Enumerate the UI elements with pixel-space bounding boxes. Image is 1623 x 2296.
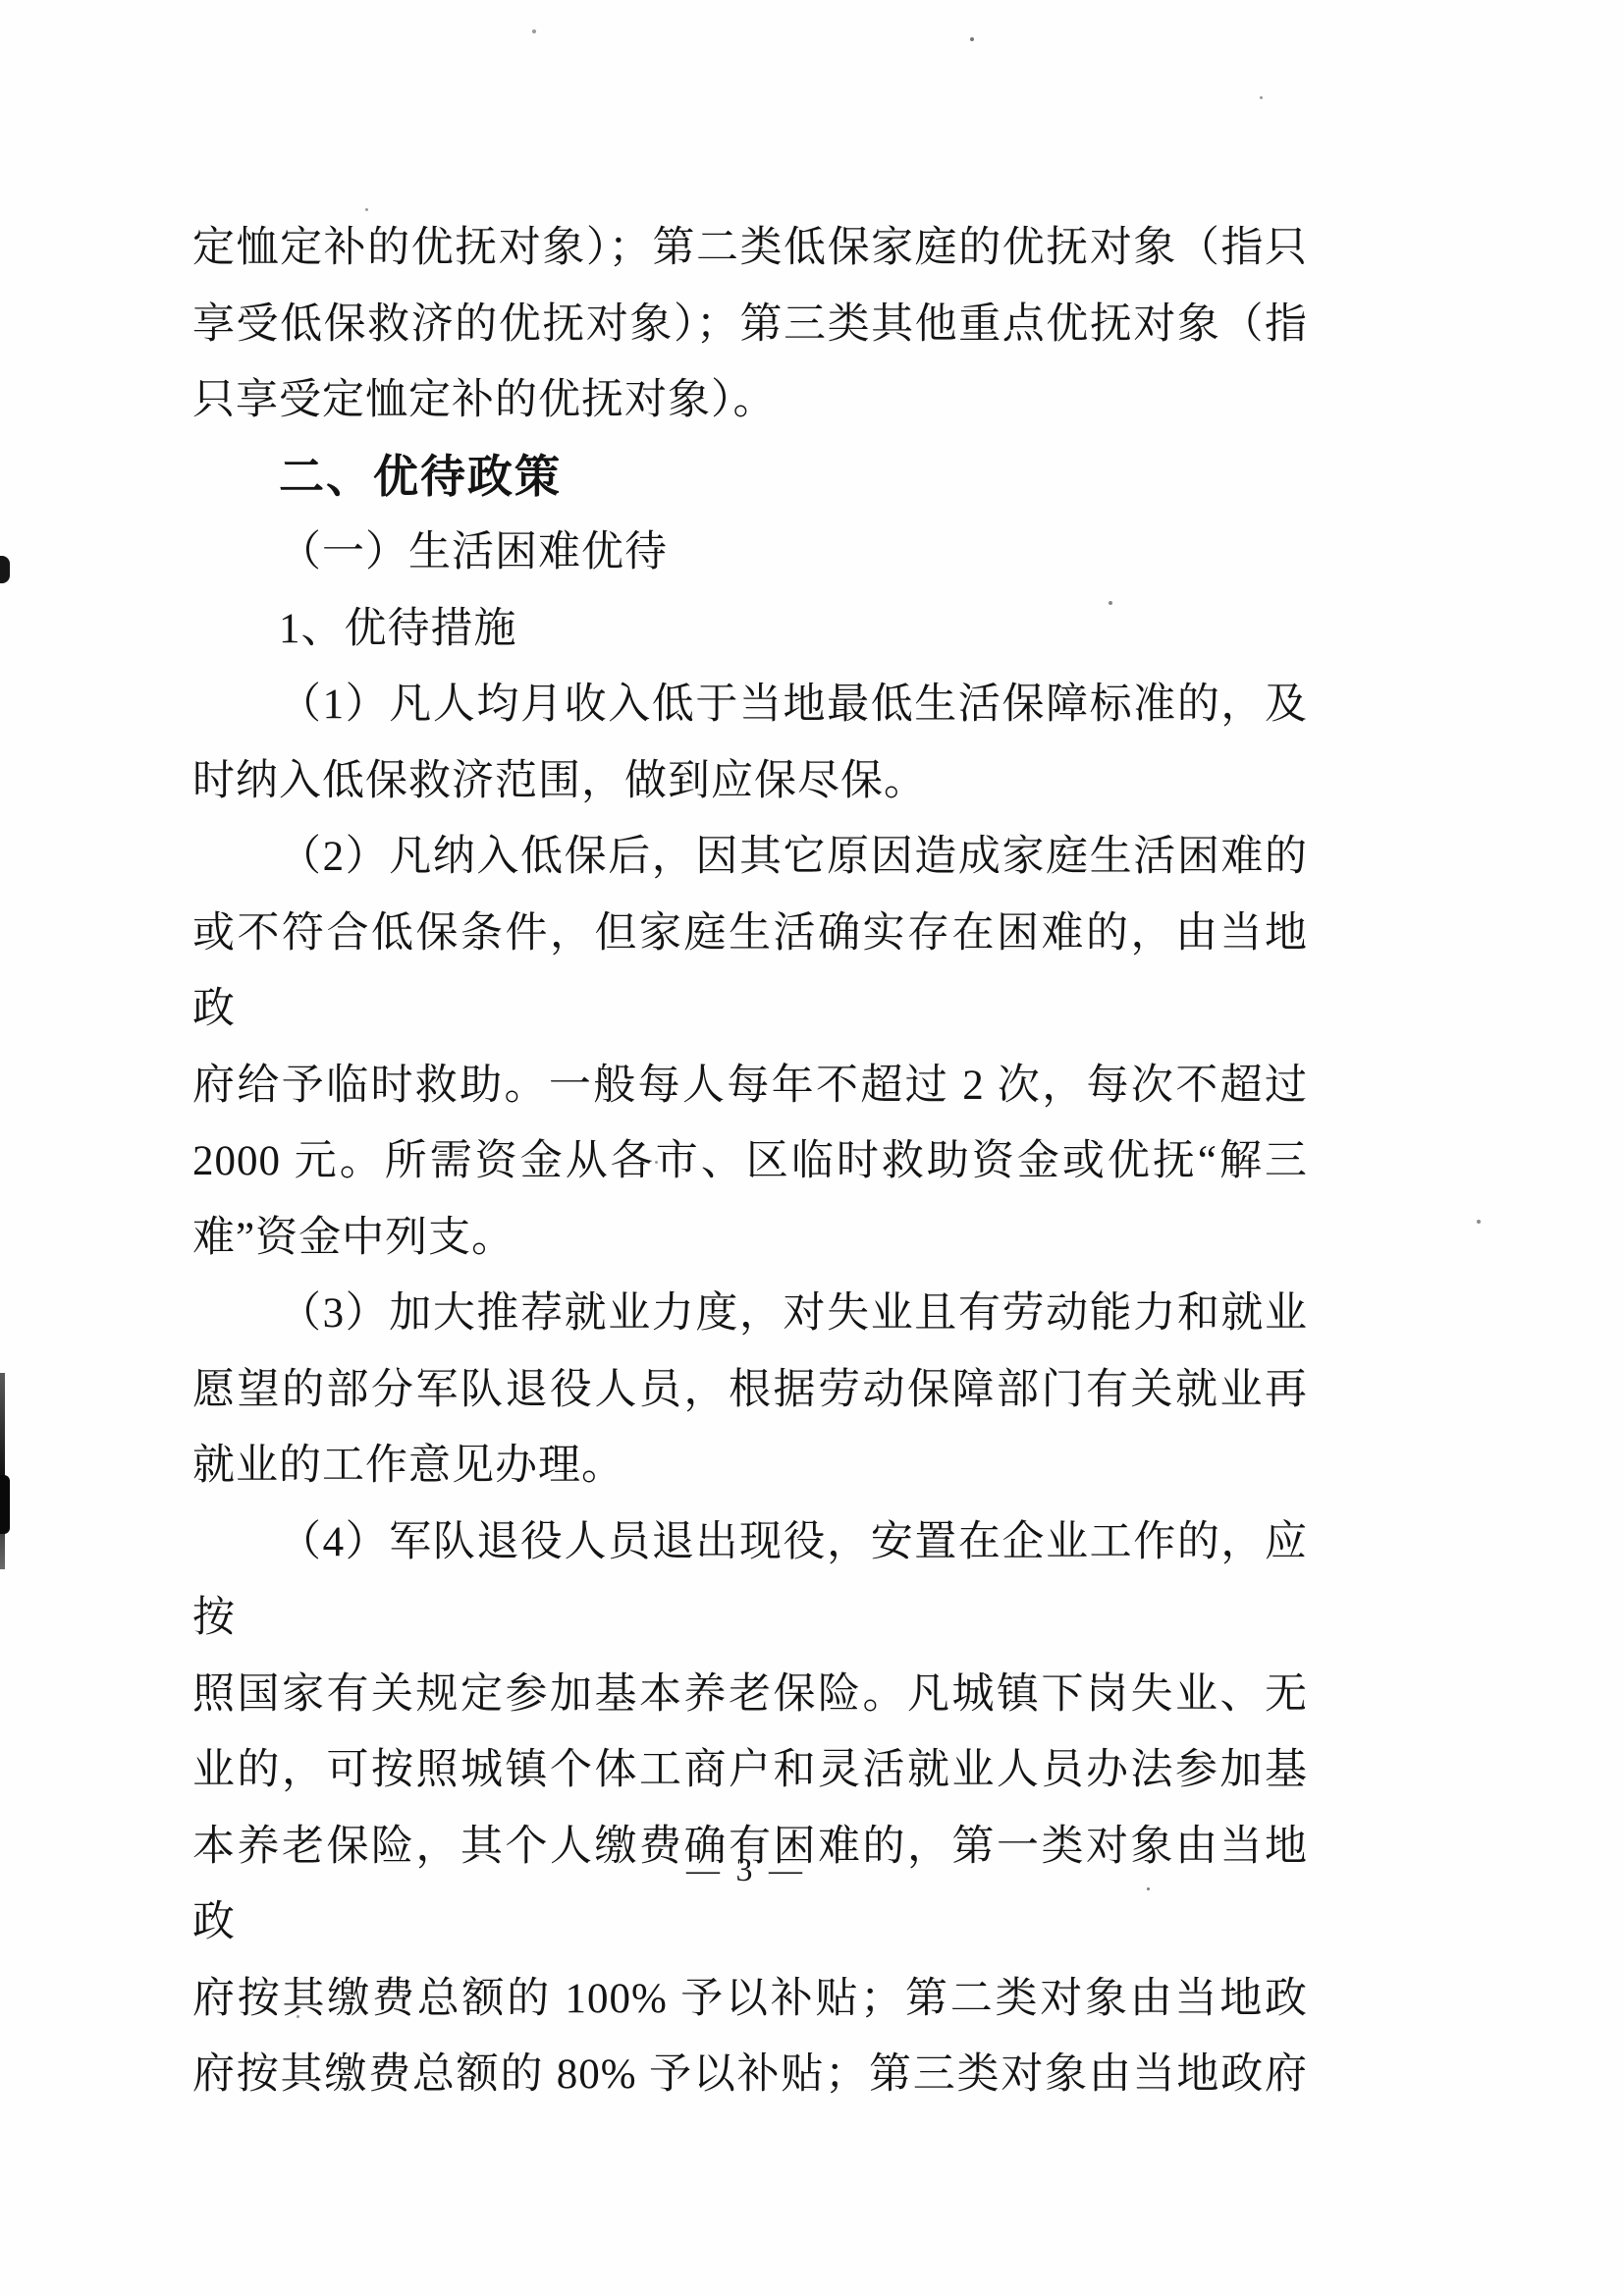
- text-line: （1）凡人均月收入低于当地最低生活保障标准的，及: [192, 667, 1308, 743]
- text-line: 业的，可按照城镇个体工商户和灵活就业人员办法参加基: [192, 1732, 1308, 1809]
- scan-speck: [365, 208, 368, 211]
- text-line: 就业的工作意见办理。: [192, 1428, 1308, 1504]
- text-line: 只享受定恤定补的优抚对象）。: [192, 362, 1308, 439]
- document-page: 定恤定补的优抚对象）；第二类低保家庭的优抚对象（指只享受低保救济的优抚对象）；第…: [0, 0, 1623, 2296]
- text-line: 2000 元。所需资金从各市、区临时救助资金或优抚“解三: [192, 1123, 1308, 1200]
- section-heading: 二、优待政策: [192, 439, 1308, 516]
- text-line: 享受低保救济的优抚对象）；第三类其他重点优抚对象（指: [192, 287, 1308, 363]
- scan-edge-streak: [0, 1373, 5, 1569]
- scan-edge-streak-blob: [0, 1475, 10, 1534]
- text-line: 或不符合低保条件，但家庭生活确实存在困难的，由当地政: [192, 896, 1308, 1048]
- scan-speck: [1109, 601, 1112, 605]
- text-line: 照国家有关规定参加基本养老保险。凡城镇下岗失业、无: [192, 1657, 1308, 1733]
- scan-speck: [1147, 1887, 1150, 1890]
- scan-speck: [655, 1161, 658, 1164]
- scan-speck: [297, 2015, 299, 2018]
- text-line: 定恤定补的优抚对象）；第二类低保家庭的优抚对象（指只: [192, 210, 1308, 287]
- text-line: 府给予临时救助。一般每人每年不超过 2 次，每次不超过: [192, 1048, 1308, 1124]
- scan-speck: [970, 37, 974, 41]
- scan-edge-mark: [0, 556, 10, 583]
- scan-speck: [1260, 96, 1263, 99]
- text-block: 定恤定补的优抚对象）；第二类低保家庭的优抚对象（指只享受低保救济的优抚对象）；第…: [192, 210, 1308, 2113]
- text-line: 时纳入低保救济范围，做到应保尽保。: [192, 743, 1308, 820]
- text-line: 1、优待措施: [192, 591, 1308, 668]
- text-line: （2）凡纳入低保后，因其它原因造成家庭生活困难的: [192, 819, 1308, 896]
- scan-speck: [1477, 1220, 1481, 1224]
- scan-speck: [532, 29, 536, 33]
- text-line: （4）军队退役人员退出现役，安置在企业工作的，应按: [192, 1504, 1308, 1657]
- text-line: 愿望的部分军队退役人员，根据劳动保障部门有关就业再: [192, 1352, 1308, 1429]
- text-line: 府按其缴费总额的 100% 予以补贴；第二类对象由当地政: [192, 1961, 1308, 2038]
- text-line: 府按其缴费总额的 80% 予以补贴；第三类对象由当地政府: [192, 2037, 1308, 2113]
- text-line: （一）生活困难优待: [192, 515, 1308, 591]
- text-line: （3）加大推荐就业力度，对失业且有劳动能力和就业: [192, 1276, 1308, 1352]
- text-line: 难”资金中列支。: [192, 1200, 1308, 1277]
- page-number: — 3 —: [648, 1852, 844, 1889]
